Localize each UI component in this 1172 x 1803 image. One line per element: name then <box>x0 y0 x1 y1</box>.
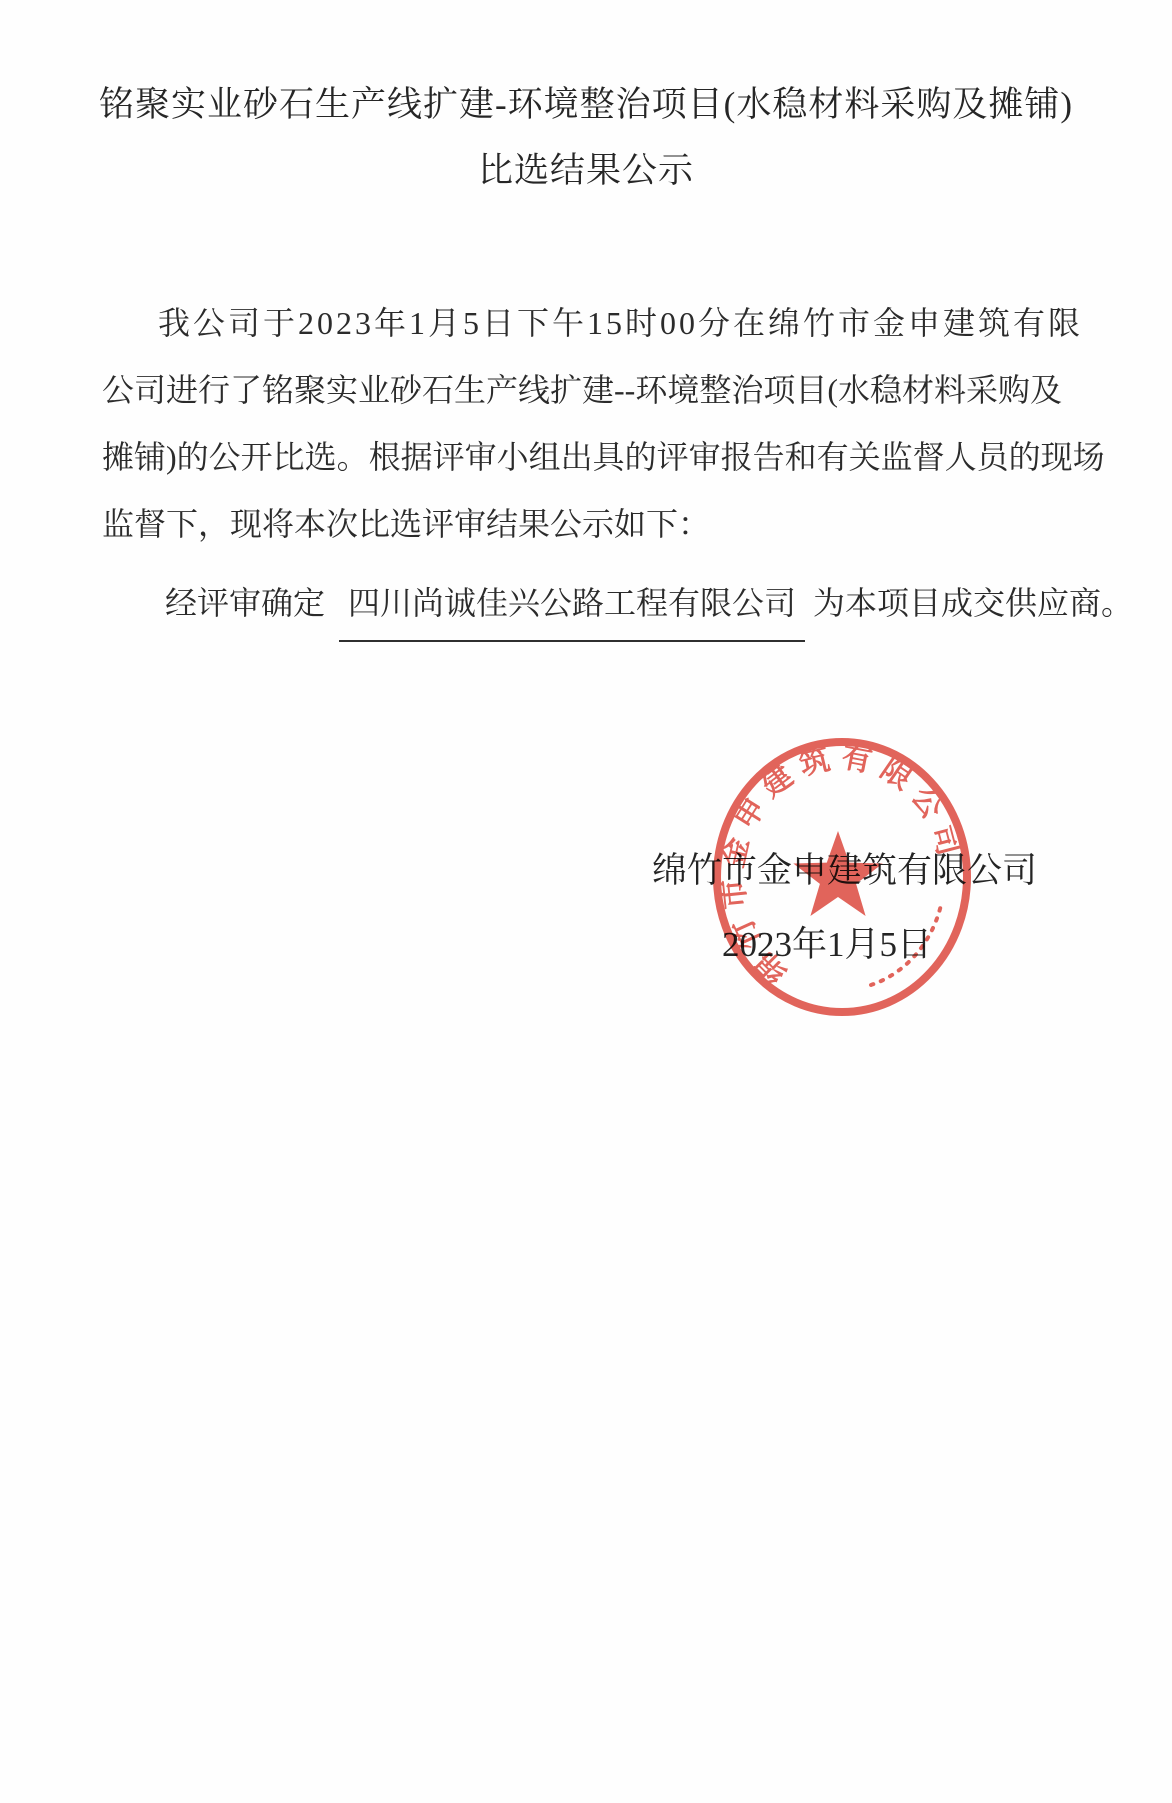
result-suffix: 为本项目成交供应商。 <box>813 585 1133 621</box>
body-line: 监督下，现将本次比选评审结果公示如下： <box>102 491 1087 558</box>
body-line: 公司进行了铭聚实业砂石生产线扩建--环境整治项目(水稳材料采购及 <box>102 357 1087 424</box>
body-paragraph: 我公司于2023年1月5日下午15时00分在绵竹市金申建筑有限 公司进行了铭聚实… <box>102 290 1087 558</box>
title-line-2: 比选结果公示 <box>0 138 1172 204</box>
document-title: 铭聚实业砂石生产线扩建-环境整治项目(水稳材料采购及摊铺) 比选结果公示 <box>0 72 1172 204</box>
title-line-1: 铭聚实业砂石生产线扩建-环境整治项目(水稳材料采购及摊铺) <box>0 72 1172 138</box>
announcement-document-page: 铭聚实业砂石生产线扩建-环境整治项目(水稳材料采购及摊铺) 比选结果公示 我公司… <box>0 0 1172 1803</box>
company-seal-stamp: 绵竹市金申建筑有限公司 <box>705 733 980 1021</box>
result-prefix: 经评审确定 <box>165 585 325 621</box>
body-line: 我公司于2023年1月5日下午15时00分在绵竹市金申建筑有限 <box>102 290 1087 357</box>
supplier-name: 四川尚诚佳兴公路工程有限公司 <box>339 570 805 642</box>
result-line: 经评审确定四川尚诚佳兴公路工程有限公司为本项目成交供应商。 <box>102 570 1172 642</box>
star-icon <box>793 831 882 916</box>
body-line: 摊铺)的公开比选。根据评审小组出具的评审报告和有关监督人员的现场 <box>102 424 1087 491</box>
